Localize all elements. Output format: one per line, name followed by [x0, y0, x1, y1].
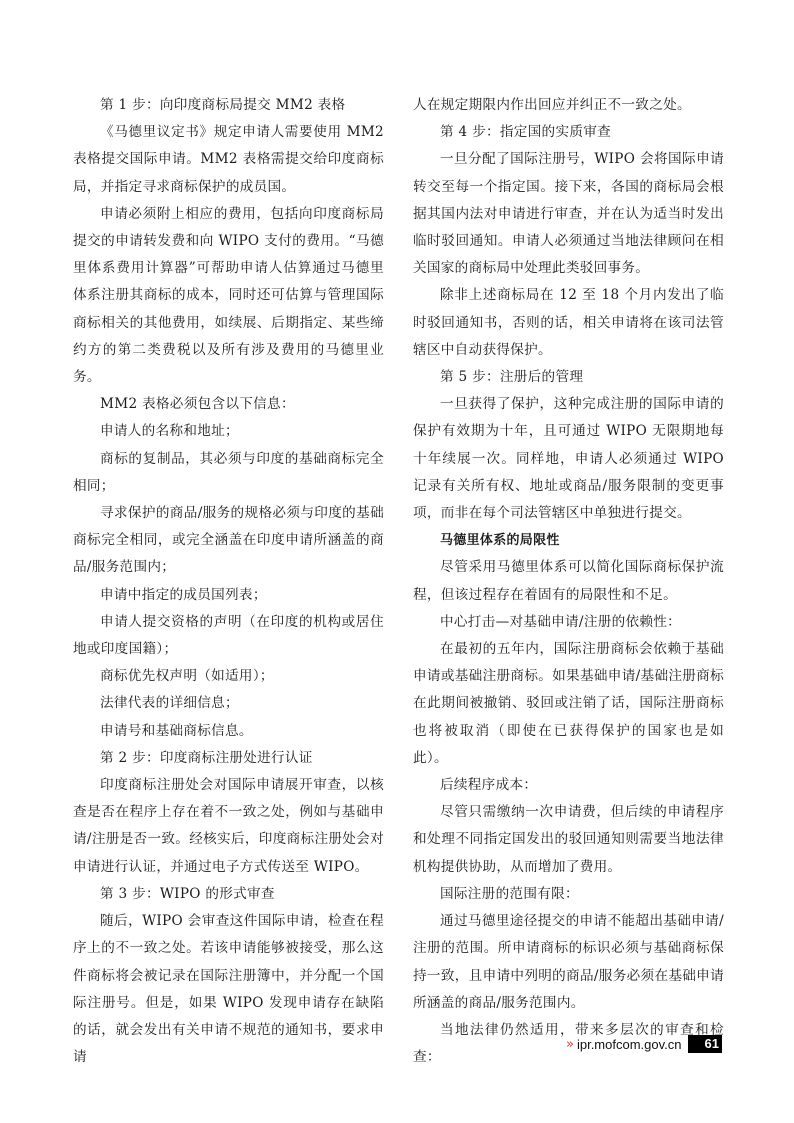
step2-heading: 第 2 步：印度商标注册处进行认证 [73, 745, 384, 772]
list-item: 寻求保护的商品/服务的规格必须与印度的基础商标完全相同，或完全涵盖在印度申请所涵… [73, 500, 384, 582]
page-footer: » ipr.mofcom.gov.cn [566, 1035, 682, 1053]
right-column: 人在规定期限内作出回应并纠正不一致之处。 第 4 步：指定国的实质审查 一旦分配… [413, 92, 724, 1071]
step3-heading: 第 3 步：WIPO 的形式审查 [73, 881, 384, 908]
paragraph: 一旦分配了国际注册号，WIPO 会将国际申请转交至每一个指定国。接下来，各国的商… [413, 146, 724, 282]
paragraph: 除非上述商标局在 12 至 18 个月内发出了临时驳回通知书，否则的话，相关申请… [413, 282, 724, 364]
list-item: 商标的复制品，其必须与印度的基础商标完全相同； [73, 446, 384, 500]
list-item: 法律代表的详细信息； [73, 690, 384, 717]
paragraph: MM2 表格必须包含以下信息： [73, 391, 384, 418]
list-item: 申请号和基础商标信息。 [73, 718, 384, 745]
paragraph: 通过马德里途径提交的申请不能超出基础申请/注册的范围。所申请商标的标识必须与基础… [413, 908, 724, 1017]
paragraph: 《马德里议定书》规定申请人需要使用 MM2 表格提交国际申请。MM2 表格需提交… [73, 119, 384, 201]
paragraph: 尽管采用马德里体系可以简化国际商标保护流程，但该过程存在着固有的局限性和不足。 [413, 554, 724, 608]
step4-heading: 第 4 步：指定国的实质审查 [413, 119, 724, 146]
double-chevron-icon: » [566, 1037, 572, 1052]
footer-url: ipr.mofcom.gov.cn [577, 1037, 682, 1052]
paragraph: 随后，WIPO 会审查这件国际申请，检查在程序上的不一致之处。若该申请能够被接受… [73, 908, 384, 1071]
subheading: 中心打击—对基础申请/注册的依赖性： [413, 609, 724, 636]
paragraph: 一旦获得了保护，这种完成注册的国际申请的保护有效期为十年，且可通过 WIPO 无… [413, 391, 724, 527]
step1-heading: 第 1 步：向印度商标局提交 MM2 表格 [73, 92, 384, 119]
step5-heading: 第 5 步：注册后的管理 [413, 364, 724, 391]
list-item: 申请中指定的成员国列表； [73, 582, 384, 609]
subheading: 后续程序成本： [413, 772, 724, 799]
page-number: 61 [688, 1035, 722, 1053]
paragraph: 在最初的五年内，国际注册商标会依赖于基础申请或基础注册商标。如果基础申请/基础注… [413, 636, 724, 772]
list-item: 商标优先权声明（如适用）； [73, 663, 384, 690]
list-item: 申请人的名称和地址； [73, 418, 384, 445]
paragraph: 印度商标注册处会对国际申请展开审查，以核查是否在程序上存在着不一致之处，例如与基… [73, 772, 384, 881]
subheading: 国际注册的范围有限： [413, 881, 724, 908]
left-column: 第 1 步：向印度商标局提交 MM2 表格 《马德里议定书》规定申请人需要使用 … [73, 92, 384, 1071]
section-heading-limitations: 马德里体系的局限性 [413, 527, 724, 554]
list-item: 申请人提交资格的声明（在印度的机构或居住地或印度国籍）； [73, 609, 384, 663]
paragraph-continuation: 人在规定期限内作出回应并纠正不一致之处。 [413, 92, 724, 119]
paragraph: 尽管只需缴纳一次申请费，但后续的申请程序和处理不同指定国发出的驳回通知则需要当地… [413, 799, 724, 881]
paragraph: 申请必须附上相应的费用，包括向印度商标局提交的申请转发费和向 WIPO 支付的费… [73, 201, 384, 391]
